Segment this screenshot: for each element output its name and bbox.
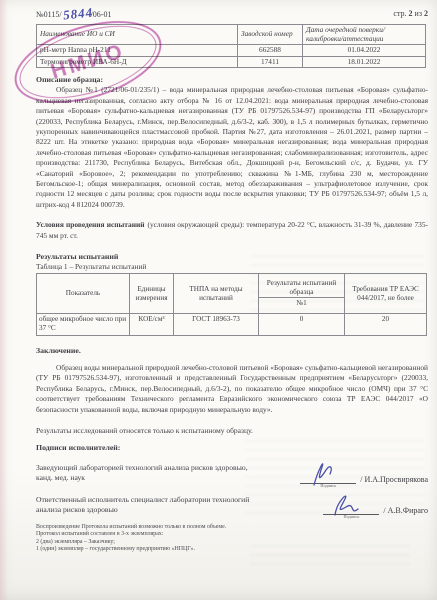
signature-row: Заведующий лабораторией технологий анали… xyxy=(36,463,428,483)
document-number-suffix: /06-01 xyxy=(91,10,112,19)
cell-limit: 20 xyxy=(345,314,427,336)
column-header: Дата очередной поверки/ калибровки/аттес… xyxy=(303,25,426,45)
cell-serial: 662588 xyxy=(238,45,303,57)
footnotes: Воспроизведение Протокола испытаний возм… xyxy=(36,524,428,554)
conditions-heading: Условия проведения испытаний xyxy=(36,220,144,229)
section-heading-description: Описание образца: xyxy=(36,75,428,84)
footnote-line: 1 (один) экземпляр – государственному пр… xyxy=(36,546,428,553)
signature-row: Ответственный исполнитель специалист лаб… xyxy=(36,495,428,515)
table-header-row: Наименование ИО и СИ Заводской номер Дат… xyxy=(37,25,426,45)
column-header: Требования ТР ЕАЭС 044/2017, не более xyxy=(345,274,427,314)
signature-area: Подпись / А.В.Фираго xyxy=(323,500,428,515)
cell-serial: 17411 xyxy=(238,56,303,68)
document-number-prefix: №0115/ xyxy=(36,10,62,19)
document-content: №0115/5844/06-01 стр. 2 из 2 Наименовани… xyxy=(36,9,428,554)
column-header: Заводской номер xyxy=(238,25,303,45)
section-heading-signatures: Подписи исполнителей: xyxy=(36,443,428,452)
document-number: №0115/5844/06-01 xyxy=(36,9,111,19)
table-header-row: Показатель Единицы измерения ТНПА на мет… xyxy=(37,274,427,314)
cell-method: ГОСТ 18963-73 xyxy=(174,314,259,336)
column-header: ТНПА на методы испытаний xyxy=(174,274,259,314)
signature-caption: Подпись xyxy=(323,514,379,519)
column-header: Наименование ИО и СИ xyxy=(37,25,238,45)
table-row: общее микробное число при 37 °С КОЕ/см³ … xyxy=(37,314,427,336)
results-table: Показатель Единицы измерения ТНПА на мет… xyxy=(36,273,427,336)
sample-number-subheader: №1 xyxy=(259,297,344,308)
scope-note: Результаты исследований относятся только… xyxy=(36,426,428,435)
signer-role: Ответственный исполнитель специалист лаб… xyxy=(36,495,254,515)
column-header-sample: Результаты испытаний образца №1 xyxy=(259,274,345,314)
footnote-line: 2 (два) экземпляра – Заказчику; xyxy=(36,539,428,546)
column-header: Единицы измерения xyxy=(130,274,174,314)
cell-date: 01.04.2022 xyxy=(303,45,426,57)
signature-caption: Подпись xyxy=(300,483,356,488)
cell-result: 0 xyxy=(259,314,345,336)
handwritten-number: 5844 xyxy=(62,8,93,19)
table-row: Термогигрометр ИВА-6Н-Д 17411 18.01.2022 xyxy=(37,56,426,68)
document-header-row: №0115/5844/06-01 стр. 2 из 2 xyxy=(36,9,428,19)
table-row: pH-метр Hanna pH-211 662588 01.04.2022 xyxy=(37,45,426,57)
signer-name: / А.В.Фираго xyxy=(383,506,428,515)
signature-line: Подпись xyxy=(323,500,379,515)
conclusion-paragraph: Образец воды минеральной природной лечеб… xyxy=(36,363,428,415)
page-indicator: стр. 2 из 2 xyxy=(393,9,428,18)
cell-parameter: общее микробное число при 37 °С xyxy=(37,314,130,336)
cell-date: 18.01.2022 xyxy=(303,56,426,68)
cell-instrument: pH-метр Hanna pH-211 xyxy=(37,45,238,57)
section-heading-conclusion: Заключение. xyxy=(36,346,428,355)
table-caption: Таблица 1 – Результаты испытаний xyxy=(36,262,428,271)
signature-area: Подпись / И.А.Просвирякова xyxy=(300,469,428,484)
scanned-protocol-page: №0115/5844/06-01 стр. 2 из 2 Наименовани… xyxy=(0,0,437,600)
signer-name: / И.А.Просвирякова xyxy=(360,475,428,484)
cell-units: КОЕ/см³ xyxy=(130,314,174,336)
footnote-line: Протокол испытаний составлен в 3-х экзем… xyxy=(36,531,428,538)
column-header: Показатель xyxy=(37,274,130,314)
section-heading-results: Результаты испытаний xyxy=(36,252,428,261)
description-paragraph: Образец №1 (2721/06-01/235/1) – вода мин… xyxy=(36,85,428,210)
cell-instrument: Термогигрометр ИВА-6Н-Д xyxy=(37,56,238,68)
signature-line: Подпись xyxy=(300,469,356,484)
scan-edge-artifact xyxy=(0,0,8,600)
signer-role: Заведующий лабораторией технологий анали… xyxy=(36,463,254,483)
equipment-table: Наименование ИО и СИ Заводской номер Дат… xyxy=(36,24,426,68)
conditions-paragraph: Условия проведения испытаний(условия окр… xyxy=(36,220,428,241)
